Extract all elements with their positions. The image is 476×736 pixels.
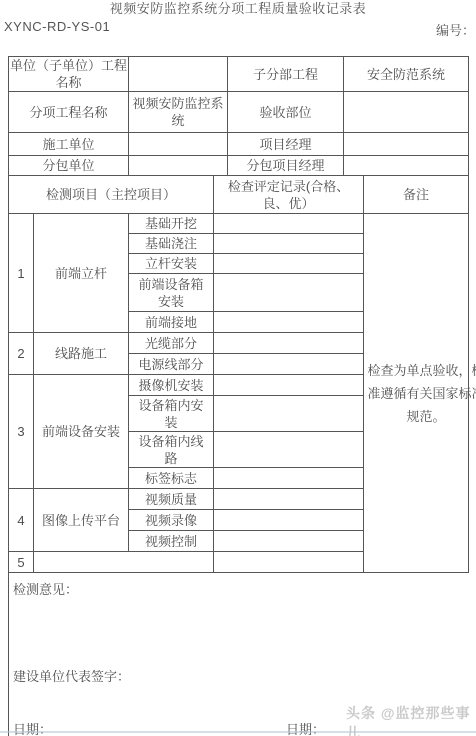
info-label-cell: 分包项目经理 [228, 156, 344, 176]
record-cell [214, 274, 364, 312]
group-no-cell: 1 [9, 214, 34, 333]
info-value-cell [344, 92, 469, 133]
item-cell: 光缆部分 [129, 333, 214, 354]
group-category-cell: 线路施工 [34, 333, 129, 375]
info-label-cell: 分包单位 [9, 156, 129, 176]
form-body: 单位（子单位）工程名称 子分部工程 安全防范系统 分项工程名称 视频安防监控系统… [8, 56, 468, 736]
number-label: 编号： [436, 20, 475, 39]
item-cell: 设备箱内线路 [129, 432, 214, 468]
item-cell: 前端设备箱安装 [129, 274, 214, 312]
item-cell: 基础开挖 [129, 214, 214, 234]
group-category-cell: 图像上传平台 [34, 489, 129, 552]
info-row: 分包单位 分包项目经理 [9, 156, 469, 176]
record-cell [214, 552, 364, 573]
remark-note: 检查为单点验收，标准遵循有关国家标准规范。 [366, 359, 476, 428]
item-row: 1 前端立杆 基础开挖 检查为单点验收，标准遵循有关国家标准规范。 [9, 214, 469, 234]
page-title: 视频安防监控系统分项工程质量验收记录表 [0, 0, 476, 17]
group-no-cell: 3 [9, 375, 34, 489]
info-label-cell: 子分部工程 [228, 57, 344, 92]
record-cell [214, 254, 364, 274]
group-category-cell: 前端立杆 [34, 214, 129, 333]
date-label-left: 日期： [13, 719, 52, 736]
info-label-cell: 分项工程名称 [9, 92, 129, 133]
sign-label: 建设单位代表签字： [13, 666, 130, 685]
item-cell: 视频录像 [129, 510, 214, 531]
record-cell [214, 489, 364, 510]
item-cell: 前端接地 [129, 312, 214, 333]
info-value-cell [129, 133, 228, 156]
record-header-text: 检查评定记录(合格、良、优） [222, 178, 356, 212]
record-cell [214, 396, 364, 432]
item-cell: 摄像机安装 [129, 375, 214, 396]
info-label-cell: 验收部位 [228, 92, 344, 133]
item-cell: 立杆安装 [129, 254, 214, 274]
opinion-label: 检测意见： [13, 579, 78, 598]
record-header-cell: 检查评定记录(合格、良、优） [214, 176, 364, 214]
info-row: 单位（子单位）工程名称 子分部工程 安全防范系统 [9, 57, 469, 92]
info-value-cell [129, 57, 228, 92]
form-code: XYNC-RD-YS-01 [4, 19, 110, 34]
record-cell [214, 468, 364, 489]
info-value-cell [344, 156, 469, 176]
record-cell [214, 510, 364, 531]
item-cell: 视频质量 [129, 489, 214, 510]
bottom-divider [0, 731, 476, 733]
record-cell [214, 234, 364, 254]
remark-header-cell: 备注 [364, 176, 469, 214]
items-header-cell: 检测项目（主控项目） [9, 176, 214, 214]
group-no-cell: 2 [9, 333, 34, 375]
record-cell [214, 432, 364, 468]
record-cell [214, 312, 364, 333]
main-header-row: 检测项目（主控项目） 检查评定记录(合格、良、优） 备注 [9, 176, 469, 214]
record-cell [214, 354, 364, 375]
info-value-cell: 安全防范系统 [344, 57, 469, 92]
info-value-cell [129, 156, 228, 176]
main-table: 检测项目（主控项目） 检查评定记录(合格、良、优） 备注 1 前端立杆 基础开挖… [8, 175, 469, 573]
record-cell [214, 214, 364, 234]
record-cell [214, 333, 364, 354]
info-label-cell: 单位（子单位）工程名称 [9, 57, 129, 92]
info-row: 分项工程名称 视频安防监控系统 验收部位 [9, 92, 469, 133]
item-cell: 设备箱内安装 [129, 396, 214, 432]
info-table: 单位（子单位）工程名称 子分部工程 安全防范系统 分项工程名称 视频安防监控系统… [8, 56, 469, 176]
item-cell: 视频控制 [129, 531, 214, 552]
date-label-right: 日期： [286, 719, 325, 736]
info-row: 施工单位 项目经理 [9, 133, 469, 156]
group-no-cell: 4 [9, 489, 34, 552]
info-value-cell [344, 133, 469, 156]
empty-item-cell [34, 552, 214, 573]
item-cell: 基础浇注 [129, 234, 214, 254]
record-cell [214, 531, 364, 552]
info-label-cell: 项目经理 [228, 133, 344, 156]
info-value-cell: 视频安防监控系统 [129, 92, 228, 133]
info-label-cell: 施工单位 [9, 133, 129, 156]
remark-note-cell: 检查为单点验收，标准遵循有关国家标准规范。 [364, 214, 469, 573]
record-cell [214, 375, 364, 396]
group-no-cell: 5 [9, 552, 34, 573]
item-cell: 电源线部分 [129, 354, 214, 375]
item-cell: 标签标志 [129, 468, 214, 489]
group-category-cell: 前端设备安装 [34, 375, 129, 489]
